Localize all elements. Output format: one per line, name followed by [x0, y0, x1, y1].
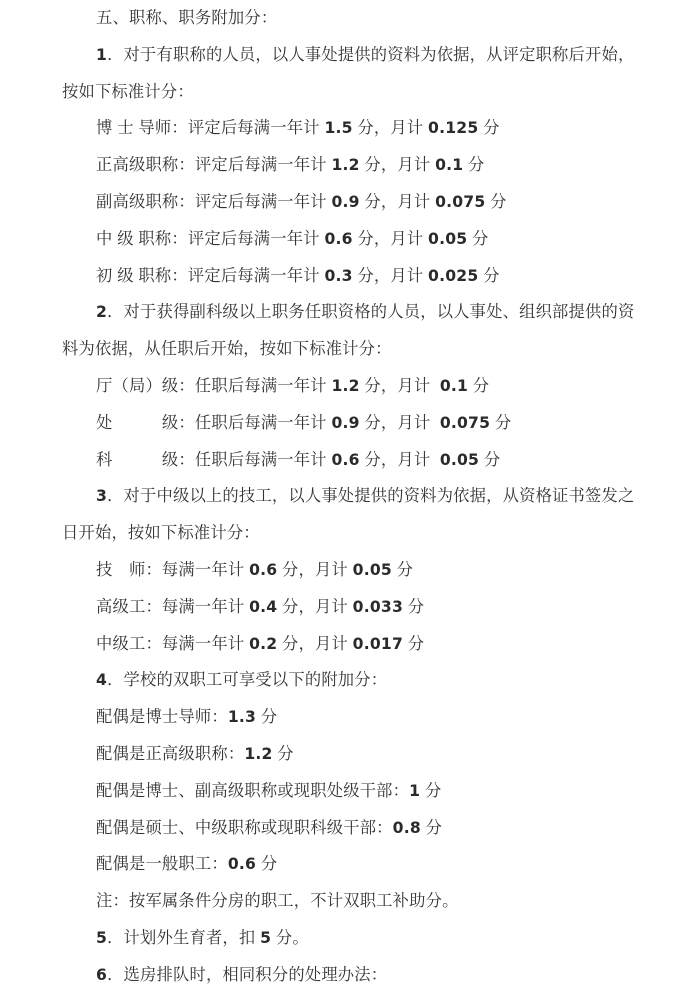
number-value: 6: [96, 966, 107, 984]
number-value: 0.025: [428, 267, 478, 285]
number-value: 0.125: [428, 119, 478, 137]
document-line: 6．选房排队时，相同积分的处理办法：: [62, 957, 642, 990]
number-value: 0.6: [228, 855, 256, 873]
document-line: 3．对于中级以上的技工，以人事处提供的资料为依据，从资格证书签发之: [62, 478, 642, 515]
document-line: 配偶是正高级职称：1.2 分: [62, 736, 642, 773]
document-line: 日开始，按如下标准计分：: [62, 515, 642, 552]
number-value: 5: [96, 929, 107, 947]
number-value: 5: [260, 929, 271, 947]
document-line: 技 师：每满一年计 0.6 分，月计 0.05 分: [62, 552, 642, 589]
document-line: 配偶是博士、副高级职称或现职处级干部：1 分: [62, 773, 642, 810]
document-lines: 五、职称、职务附加分：1．对于有职称的人员，以人事处提供的资料为依据，从评定职称…: [62, 0, 642, 990]
number-value: 0.05: [428, 230, 467, 248]
number-value: 0.075: [435, 193, 485, 211]
document-line: 配偶是博士导师：1.3 分: [62, 699, 642, 736]
document-line: 中级工：每满一年计 0.2 分，月计 0.017 分: [62, 626, 642, 663]
document-line: 正高级职称：评定后每满一年计 1.2 分，月计 0.1 分: [62, 147, 642, 184]
number-value: 1: [96, 46, 107, 64]
number-value: 1: [409, 782, 420, 800]
document-line: 注：按军属条件分房的职工，不计双职工补助分。: [62, 883, 642, 920]
document-line: 副高级职称：评定后每满一年计 0.9 分，月计 0.075 分: [62, 184, 642, 221]
number-value: 1.2: [244, 745, 272, 763]
number-value: 0.4: [249, 598, 277, 616]
number-value: 1.2: [331, 377, 359, 395]
document-line: 配偶是硕士、中级职称或现职科级干部：0.8 分: [62, 810, 642, 847]
document-line: 2．对于获得副科级以上职务任职资格的人员，以人事处、组织部提供的资: [62, 294, 642, 331]
document-line: 厅（局）级：任职后每满一年计 1.2 分，月计 0.1 分: [62, 368, 642, 405]
document-line: 中 级 职称：评定后每满一年计 0.6 分，月计 0.05 分: [62, 221, 642, 258]
number-value: 0.05: [440, 451, 479, 469]
number-value: 1.5: [324, 119, 352, 137]
document-line: 初 级 职称：评定后每满一年计 0.3 分，月计 0.025 分: [62, 258, 642, 295]
document-line: 博 士 导师：评定后每满一年计 1.5 分，月计 0.125 分: [62, 110, 642, 147]
document-line: 科 级：任职后每满一年计 0.6 分，月计 0.05 分: [62, 442, 642, 479]
number-value: 0.6: [331, 451, 359, 469]
document-line: 五、职称、职务附加分：: [62, 0, 642, 37]
number-value: 1.2: [331, 156, 359, 174]
number-value: 0.033: [353, 598, 403, 616]
number-value: 0.017: [353, 635, 403, 653]
number-value: 2: [96, 303, 107, 321]
number-value: 0.9: [331, 414, 359, 432]
number-value: 0.075: [440, 414, 490, 432]
number-value: 0.8: [393, 819, 421, 837]
number-value: 4: [96, 671, 107, 689]
number-value: 0.1: [440, 377, 468, 395]
number-value: 0.6: [249, 561, 277, 579]
document-line: 高级工：每满一年计 0.4 分，月计 0.033 分: [62, 589, 642, 626]
number-value: 0.3: [324, 267, 352, 285]
number-value: 3: [96, 487, 107, 505]
document-line: 配偶是一般职工：0.6 分: [62, 846, 642, 883]
document-line: 5．计划外生育者，扣 5 分。: [62, 920, 642, 957]
number-value: 1.3: [228, 708, 256, 726]
number-value: 0.2: [249, 635, 277, 653]
document-page: 五、职称、职务附加分：1．对于有职称的人员，以人事处提供的资料为依据，从评定职称…: [0, 0, 700, 990]
number-value: 0.6: [324, 230, 352, 248]
number-value: 0.1: [435, 156, 463, 174]
document-line: 料为依据，从任职后开始，按如下标准计分：: [62, 331, 642, 368]
number-value: 0.9: [331, 193, 359, 211]
document-line: 4．学校的双职工可享受以下的附加分：: [62, 662, 642, 699]
document-line: 按如下标准计分：: [62, 74, 642, 111]
number-value: 0.05: [353, 561, 392, 579]
document-line: 1．对于有职称的人员，以人事处提供的资料为依据，从评定职称后开始，: [62, 37, 642, 74]
document-line: 处 级：任职后每满一年计 0.9 分，月计 0.075 分: [62, 405, 642, 442]
